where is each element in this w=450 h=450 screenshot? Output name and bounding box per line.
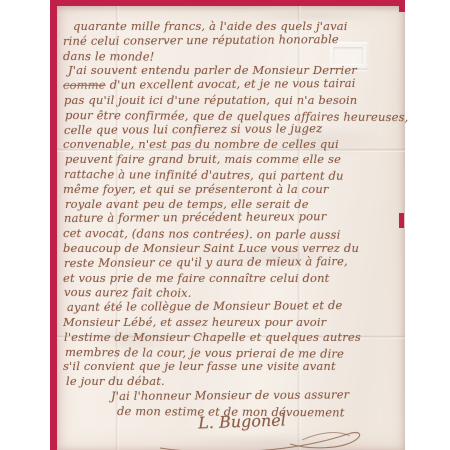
line-text: même foyer, et qui se présenteront à la … — [63, 182, 329, 196]
letter-line: rattache à une infinité d'autres, qui pa… — [64, 167, 405, 184]
letter-line: convenable, n'est pas du nombre de celle… — [63, 137, 405, 152]
line-text: rattache à une infinité d'autres, qui pa… — [64, 167, 344, 183]
line-text: riné celui conserver une réputation hono… — [63, 32, 339, 48]
line-text: l'estime de Monsieur Chapelle et quelque… — [64, 330, 361, 344]
line-text: Monsieur Lébé, et assez heureux pour avo… — [63, 315, 326, 329]
line-text: le jour du débat. — [66, 374, 165, 388]
line-text: membres de la cour, je vous prierai de m… — [65, 345, 344, 361]
signature-flourish — [152, 420, 372, 450]
letter-line: J'ai l'honneur Monsieur de vous assurer — [111, 387, 405, 404]
struck-word: comme — [63, 78, 106, 92]
letter-line: cet avocat, (dans nos contrées). on parl… — [63, 226, 405, 243]
line-text: et vous prie de me faire connaître celui… — [63, 271, 329, 285]
crimson-edge-sliver — [399, 213, 404, 228]
letter-line: Monsieur Lébé, et assez heureux pour avo… — [63, 315, 405, 330]
crimson-edge-sliver — [399, 0, 405, 12]
letter-line: pas qu'il jouit ici d'une réputation, qu… — [64, 93, 405, 108]
letter-line: et vous prie de me faire connaître celui… — [63, 271, 405, 286]
letter-line: peuvent faire grand bruit, mais comme el… — [65, 152, 405, 167]
line-text: J'ai l'honneur Monsieur de vous assurer — [111, 387, 349, 403]
line-text: ayant été le collègue de Monsieur Bouet … — [67, 298, 343, 314]
crimson-background: quarante mille francs, à l'aide des quel… — [50, 0, 405, 450]
letter-line: ayant été le collègue de Monsieur Bouet … — [67, 298, 405, 315]
letter-line: membres de la cour, je vous prierai de m… — [65, 345, 405, 362]
line-text: celle que vous lui confierez si vous le … — [64, 121, 322, 137]
line-text: vous aurez fait choix. — [64, 285, 192, 300]
letter-line: même foyer, et qui se présenteront à la … — [63, 182, 405, 197]
line-text: d'un excellent avocat, et je ne vous tai… — [110, 76, 356, 92]
line-text: pas qu'il jouit ici d'une réputation, qu… — [64, 93, 357, 107]
letter-line: nature à former un précédent heureux pou… — [64, 209, 405, 226]
line-text: cet avocat, (dans nos contrées). on parl… — [63, 226, 341, 242]
letter-paper: quarante mille francs, à l'aide des quel… — [57, 6, 405, 450]
line-text: beaucoup de Monsieur Saint Luce vous ver… — [63, 241, 359, 255]
letter-line: dans le monde! — [63, 49, 405, 66]
letter-line: riné celui conserver une réputation hono… — [63, 31, 405, 48]
line-text: royale avant peu de temps, elle serait d… — [65, 197, 309, 211]
letter-line: commed'un excellent avocat, et je ne vou… — [63, 76, 405, 93]
letter-line: l'estime de Monsieur Chapelle et quelque… — [64, 330, 405, 345]
line-text: quarante mille francs, à l'aide des quel… — [73, 19, 348, 33]
line-text: peuvent faire grand bruit, mais comme el… — [65, 152, 341, 166]
letter-line: celle que vous lui confierez si vous le … — [64, 120, 405, 137]
letter-line: reste Monsieur ce qu'il y aura de mieux … — [64, 253, 405, 270]
line-text: convenable, n'est pas du nombre de celle… — [63, 137, 339, 151]
line-text: dans le monde! — [63, 49, 155, 64]
line-text: nature à former un précédent heureux pou… — [64, 210, 326, 226]
letter-body: quarante mille francs, à l'aide des quel… — [63, 19, 405, 419]
line-text: reste Monsieur ce qu'il y aura de mieux … — [64, 254, 348, 270]
line-text: s'il convient que je leur fasse une visi… — [63, 359, 336, 373]
letter-photograph: quarante mille francs, à l'aide des quel… — [0, 0, 450, 450]
